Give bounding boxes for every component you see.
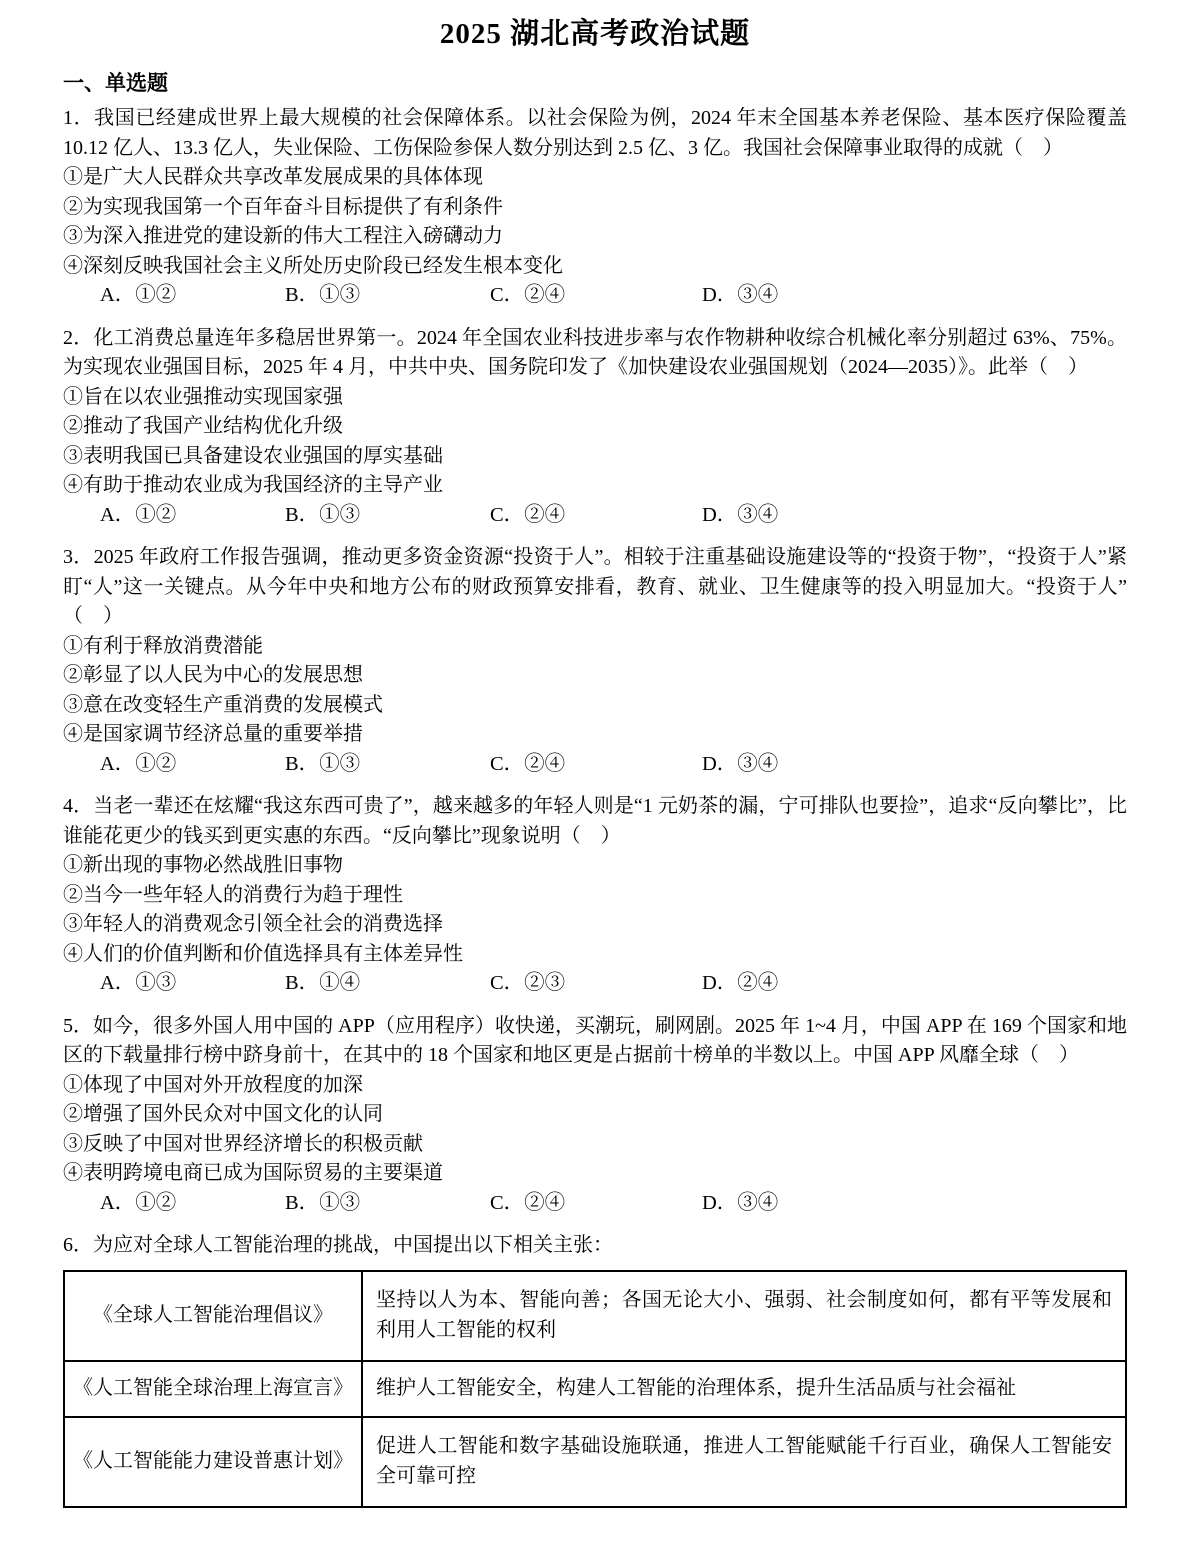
question-1-stem: 1．我国已经建成世界上最大规模的社会保障体系。以社会保险为例，2024 年末全国… xyxy=(63,104,1127,163)
question-5: 5．如今，很多外国人用中国的 APP（应用程序）收快递，买潮玩，刷网剧。2025… xyxy=(63,1012,1127,1219)
question-5-choices: A．①② B．①③ C．②④ D．③④ xyxy=(63,1189,1127,1219)
question-2-statement-2: ②推动了我国产业结构优化升级 xyxy=(63,412,1127,442)
question-4-choice-b: B．①④ xyxy=(285,969,490,999)
question-2-statement-3: ③表明我国已具备建设农业强国的厚实基础 xyxy=(63,442,1127,472)
question-4-choices: A．①③ B．①④ C．②③ D．②④ xyxy=(63,969,1127,999)
question-1-choices: A．①② B．①③ C．②④ D．③④ xyxy=(63,281,1127,311)
question-3: 3．2025 年政府工作报告强调，推动更多资金资源“投资于人”。相较于注重基础设… xyxy=(63,543,1127,779)
question-5-stem: 5．如今，很多外国人用中国的 APP（应用程序）收快递，买潮玩，刷网剧。2025… xyxy=(63,1012,1127,1071)
question-3-choice-a: A．①② xyxy=(100,750,285,780)
question-4-choice-d: D．②④ xyxy=(702,969,1127,999)
question-4-statement-4: ④人们的价值判断和价值选择具有主体差异性 xyxy=(63,940,1127,970)
question-5-choice-c: C．②④ xyxy=(490,1189,702,1219)
question-1-choice-b: B．①③ xyxy=(285,281,490,311)
question-4-choice-a: A．①③ xyxy=(100,969,285,999)
document-name-2: 《人工智能全球治理上海宣言》 xyxy=(64,1361,362,1417)
question-1-statement-1: ①是广大人民群众共享改革发展成果的具体体现 xyxy=(63,163,1127,193)
question-4-statement-2: ②当今一些年轻人的消费行为趋于理性 xyxy=(63,881,1127,911)
document-desc-2: 维护人工智能安全，构建人工智能的治理体系，提升生活品质与社会福祉 xyxy=(362,1361,1126,1417)
document-name-1: 《全球人工智能治理倡议》 xyxy=(64,1271,362,1361)
question-5-statement-3: ③反映了中国对世界经济增长的积极贡献 xyxy=(63,1130,1127,1160)
question-2-choice-c: C．②④ xyxy=(490,501,702,531)
question-2-choice-b: B．①③ xyxy=(285,501,490,531)
question-2-stem: 2．化工消费总量连年多稳居世界第一。2024 年全国农业科技进步率与农作物耕种收… xyxy=(63,324,1127,383)
question-3-choice-c: C．②④ xyxy=(490,750,702,780)
question-3-choices: A．①② B．①③ C．②④ D．③④ xyxy=(63,750,1127,780)
section-heading: 一、单选题 xyxy=(63,70,1127,98)
question-5-choice-a: A．①② xyxy=(100,1189,285,1219)
document-name-3: 《人工智能能力建设普惠计划》 xyxy=(64,1417,362,1507)
ai-governance-table: 《全球人工智能治理倡议》 坚持以人为本、智能向善；各国无论大小、强弱、社会制度如… xyxy=(63,1270,1127,1508)
question-3-stem: 3．2025 年政府工作报告强调，推动更多资金资源“投资于人”。相较于注重基础设… xyxy=(63,543,1127,632)
question-4-choice-c: C．②③ xyxy=(490,969,702,999)
table-row-3: 《人工智能能力建设普惠计划》 促进人工智能和数字基础设施联通，推进人工智能赋能千… xyxy=(64,1417,1126,1507)
question-3-statement-1: ①有利于释放消费潜能 xyxy=(63,632,1127,662)
question-2-choice-a: A．①② xyxy=(100,501,285,531)
table-row-1: 《全球人工智能治理倡议》 坚持以人为本、智能向善；各国无论大小、强弱、社会制度如… xyxy=(64,1271,1126,1361)
question-3-choice-d: D．③④ xyxy=(702,750,1127,780)
question-4-stem: 4．当老一辈还在炫耀“我这东西可贵了”，越来越多的年轻人则是“1 元奶茶的漏，宁… xyxy=(63,792,1127,851)
exam-title: 2025 湖北高考政治试题 xyxy=(63,14,1127,54)
question-5-choice-b: B．①③ xyxy=(285,1189,490,1219)
question-2-statement-1: ①旨在以农业强推动实现国家强 xyxy=(63,383,1127,413)
table-row-2: 《人工智能全球治理上海宣言》 维护人工智能安全，构建人工智能的治理体系，提升生活… xyxy=(64,1361,1126,1417)
question-1-choice-a: A．①② xyxy=(100,281,285,311)
question-4: 4．当老一辈还在炫耀“我这东西可贵了”，越来越多的年轻人则是“1 元奶茶的漏，宁… xyxy=(63,792,1127,999)
question-2-choices: A．①② B．①③ C．②④ D．③④ xyxy=(63,501,1127,531)
question-1-statement-4: ④深刻反映我国社会主义所处历史阶段已经发生根本变化 xyxy=(63,252,1127,282)
question-1-statement-2: ②为实现我国第一个百年奋斗目标提供了有利条件 xyxy=(63,193,1127,223)
question-1-choice-c: C．②④ xyxy=(490,281,702,311)
question-3-statement-4: ④是国家调节经济总量的重要举措 xyxy=(63,720,1127,750)
question-3-statement-3: ③意在改变轻生产重消费的发展模式 xyxy=(63,691,1127,721)
document-desc-1: 坚持以人为本、智能向善；各国无论大小、强弱、社会制度如何，都有平等发展和利用人工… xyxy=(362,1271,1126,1361)
question-4-statement-3: ③年轻人的消费观念引领全社会的消费选择 xyxy=(63,910,1127,940)
question-6-stem: 6．为应对全球人工智能治理的挑战，中国提出以下相关主张： xyxy=(63,1231,1127,1261)
question-4-statement-1: ①新出现的事物必然战胜旧事物 xyxy=(63,851,1127,881)
question-5-statement-1: ①体现了中国对外开放程度的加深 xyxy=(63,1071,1127,1101)
question-2-statement-4: ④有助于推动农业成为我国经济的主导产业 xyxy=(63,471,1127,501)
question-6: 6．为应对全球人工智能治理的挑战，中国提出以下相关主张： 《全球人工智能治理倡议… xyxy=(63,1231,1127,1508)
question-1-choice-d: D．③④ xyxy=(702,281,1127,311)
exam-page: 2025 湖北高考政治试题 一、单选题 1．我国已经建成世界上最大规模的社会保障… xyxy=(0,0,1190,1508)
question-5-statement-4: ④表明跨境电商已成为国际贸易的主要渠道 xyxy=(63,1159,1127,1189)
question-1-statement-3: ③为深入推进党的建设新的伟大工程注入磅礴动力 xyxy=(63,222,1127,252)
question-5-choice-d: D．③④ xyxy=(702,1189,1127,1219)
question-5-statement-2: ②增强了国外民众对中国文化的认同 xyxy=(63,1100,1127,1130)
question-1: 1．我国已经建成世界上最大规模的社会保障体系。以社会保险为例，2024 年末全国… xyxy=(63,104,1127,311)
question-3-choice-b: B．①③ xyxy=(285,750,490,780)
document-desc-3: 促进人工智能和数字基础设施联通，推进人工智能赋能千行百业，确保人工智能安全可靠可… xyxy=(362,1417,1126,1507)
question-3-statement-2: ②彰显了以人民为中心的发展思想 xyxy=(63,661,1127,691)
question-2: 2．化工消费总量连年多稳居世界第一。2024 年全国农业科技进步率与农作物耕种收… xyxy=(63,324,1127,531)
question-2-choice-d: D．③④ xyxy=(702,501,1127,531)
